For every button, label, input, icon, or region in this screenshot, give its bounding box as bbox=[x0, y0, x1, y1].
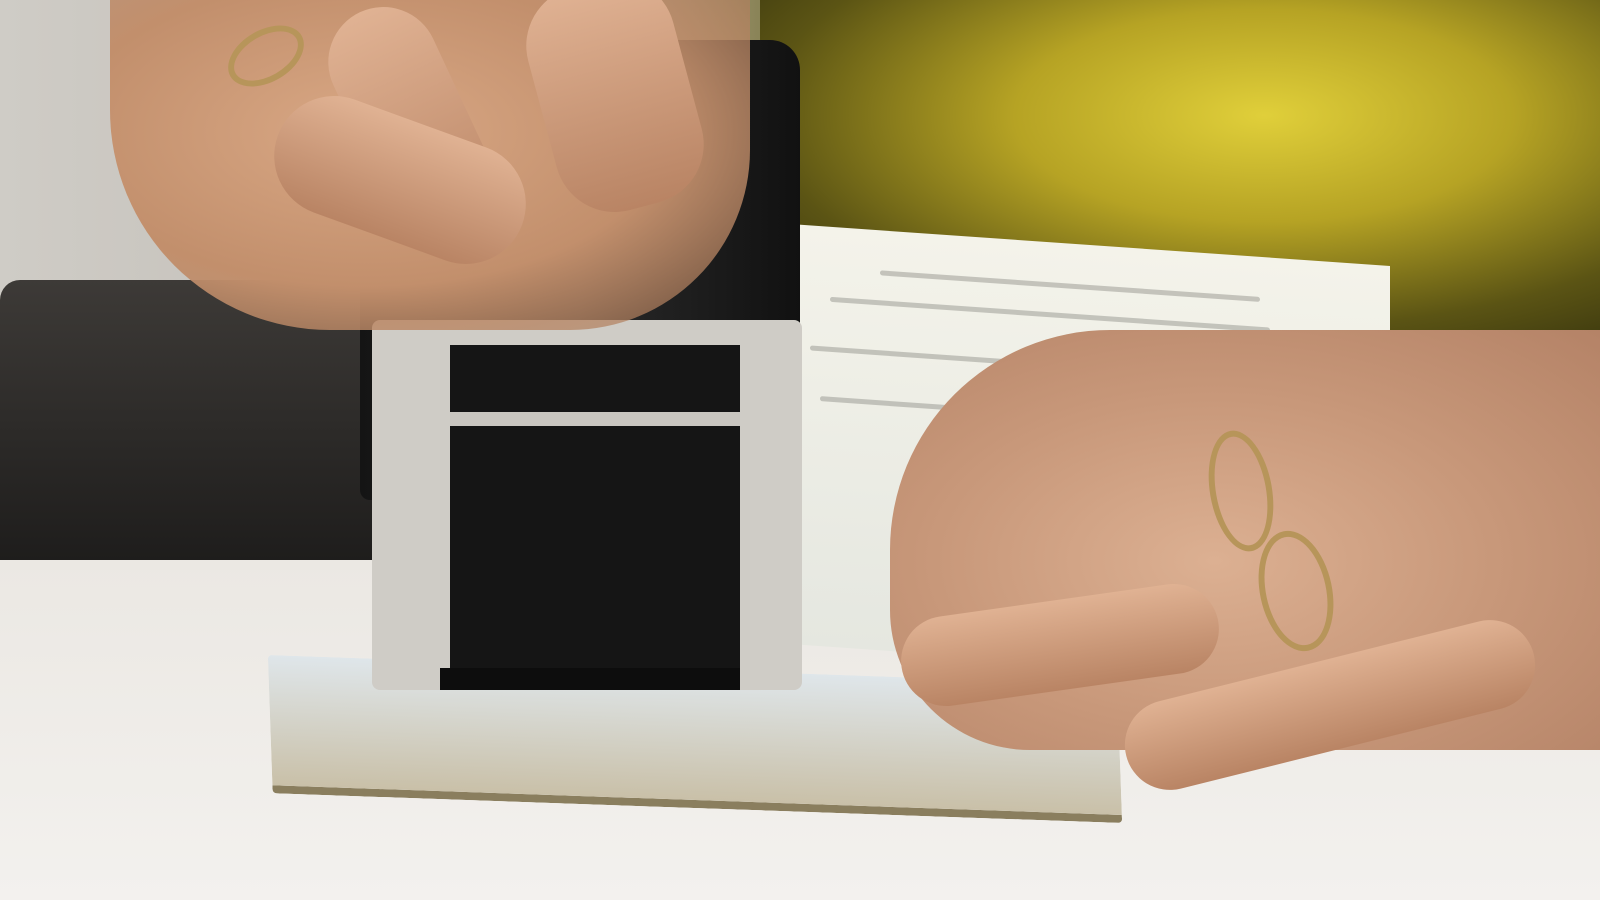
ring-icon bbox=[1200, 426, 1282, 557]
left-hand bbox=[110, 0, 750, 330]
right-hand bbox=[890, 330, 1600, 750]
ring-icon bbox=[217, 13, 314, 99]
stamp-mechanism bbox=[450, 345, 740, 675]
stamp-crossbar bbox=[450, 412, 740, 426]
stamp-base bbox=[440, 668, 740, 690]
